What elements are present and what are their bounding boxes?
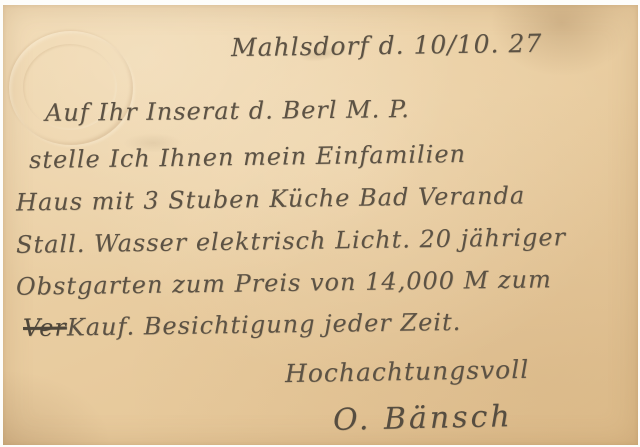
body-line-5: Obstgarten zum Preis von 14,000 M zum (16, 265, 552, 300)
body-line-2: stelle Ich Ihnen mein Einfamilien (29, 140, 466, 174)
body-line-3: Haus mit 3 Stuben Küche Bad Veranda (16, 181, 526, 216)
body-line-6: VerKauf. Besichtigung jeder Zeit. (23, 308, 462, 342)
scanned-postcard: Mahlsdorf d. 10/10. 27 Auf Ihr Inserat d… (0, 0, 640, 447)
signature: O. Bänsch (333, 399, 513, 438)
body-line-4: Stall. Wasser elektrisch Licht. 20 jähri… (16, 223, 566, 259)
dateline: Mahlsdorf d. 10/10. 27 (231, 29, 543, 62)
struck-word: Ver (23, 313, 67, 342)
closing-line: Hochachtungsvoll (285, 355, 530, 388)
body-line-1: Auf Ihr Inserat d. Berl M. P. (45, 95, 410, 127)
body-line-6-rest: Kauf. Besichtigung jeder Zeit. (67, 308, 462, 342)
postcard-paper: Mahlsdorf d. 10/10. 27 Auf Ihr Inserat d… (3, 5, 638, 445)
embossed-seal (9, 31, 133, 145)
